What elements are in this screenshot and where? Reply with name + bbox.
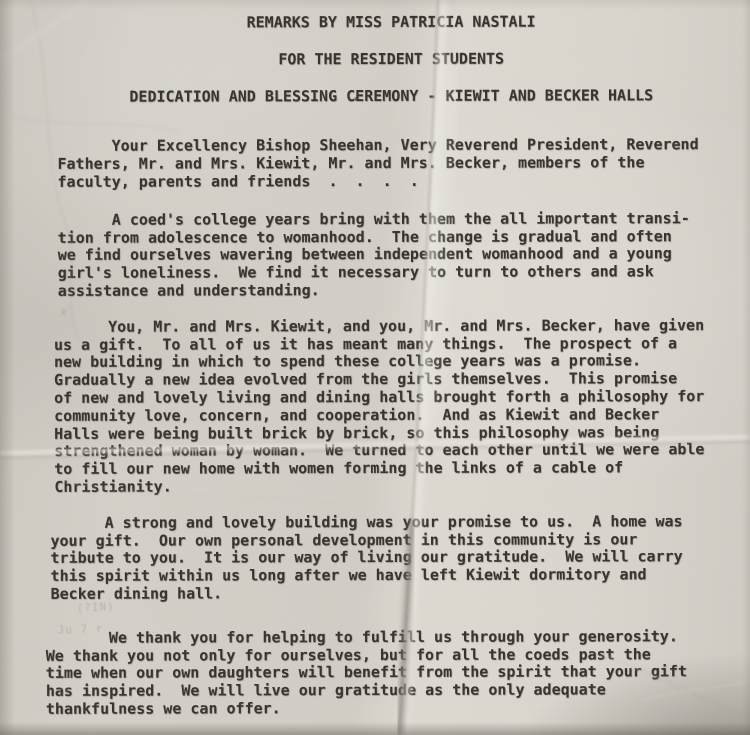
paragraph-salutation: Your Excellency Bishop Sheehan, Very Rev…	[57, 136, 725, 191]
paper-speck	[354, 97, 358, 101]
paragraph-tribute: A strong and lovely building was your pr…	[50, 513, 726, 604]
title-line-1: REMARKS BY MISS PATRICIA NASTALI	[57, 13, 725, 33]
title-line-2: FOR THE RESIDENT STUDENTS	[57, 50, 725, 70]
photograph-of-typed-remarks: REMARKS BY MISS PATRICIA NASTALI FOR THE…	[0, 0, 750, 735]
pencil-mark: (?IN)	[76, 598, 115, 618]
title-line-3: DEDICATION AND BLESSING CEREMONY - KIEWI…	[57, 87, 725, 107]
pencil-mark: GE	[58, 684, 73, 703]
paragraph-gift: You, Mr. and Mrs. Kiewit, and you, Mr. a…	[54, 317, 726, 497]
pencil-mark: Ju 7 r	[57, 620, 103, 640]
paragraph-transition: A coed's college years bring with them t…	[58, 210, 726, 301]
paragraph-thanks: We thank you for helping to fulfill us t…	[46, 628, 727, 719]
document-text: REMARKS BY MISS PATRICIA NASTALI FOR THE…	[0, 0, 750, 735]
